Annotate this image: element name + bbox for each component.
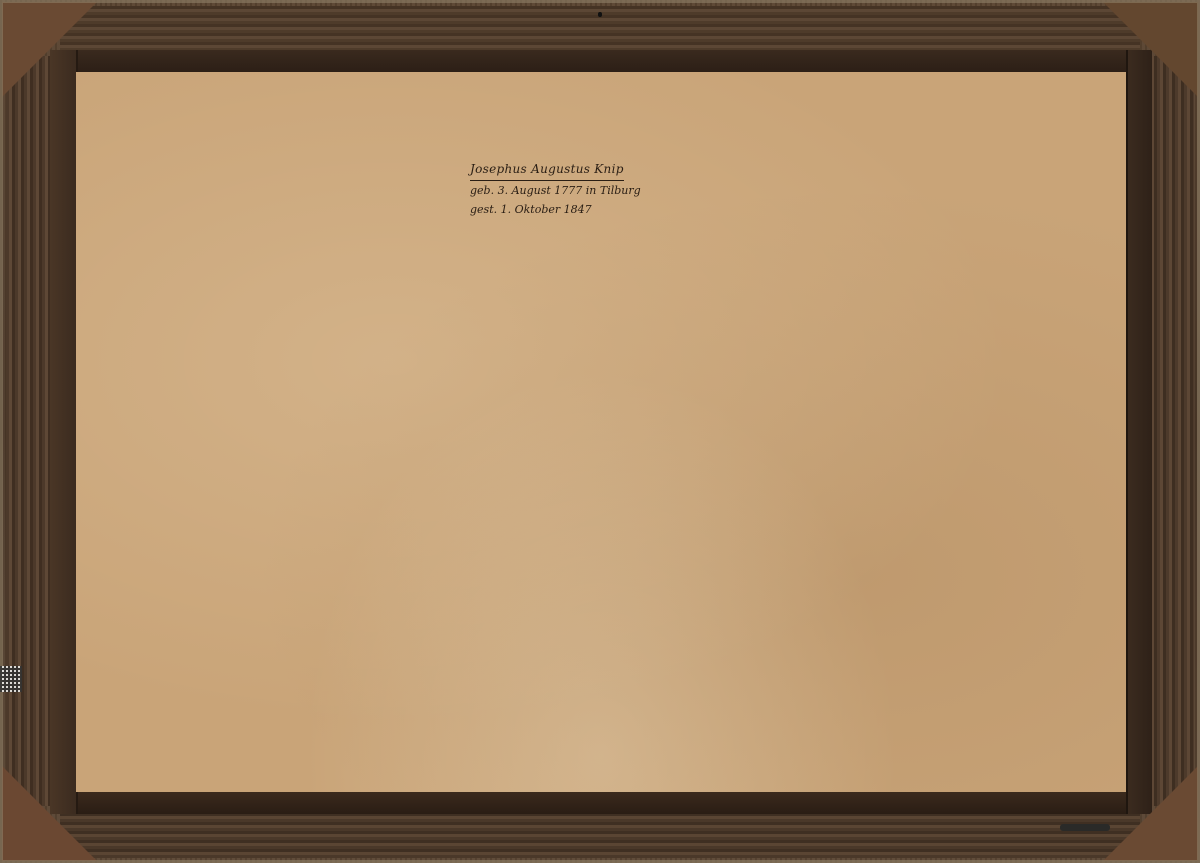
inscription-artist-name: Josephus Augustus Knip <box>470 160 624 181</box>
inscription-birth: geb. 3. August 1777 in Tilburg <box>470 181 641 200</box>
metal-hanger-bracket <box>1060 824 1110 831</box>
nail-hole <box>598 12 602 17</box>
qr-code-label <box>0 666 22 692</box>
picture-frame-back: Josephus Augustus Knip geb. 3. August 17… <box>0 0 1200 863</box>
inscription-death: gest. 1. Oktober 1847 <box>470 200 641 219</box>
handwritten-inscription: Josephus Augustus Knip geb. 3. August 17… <box>470 160 641 219</box>
